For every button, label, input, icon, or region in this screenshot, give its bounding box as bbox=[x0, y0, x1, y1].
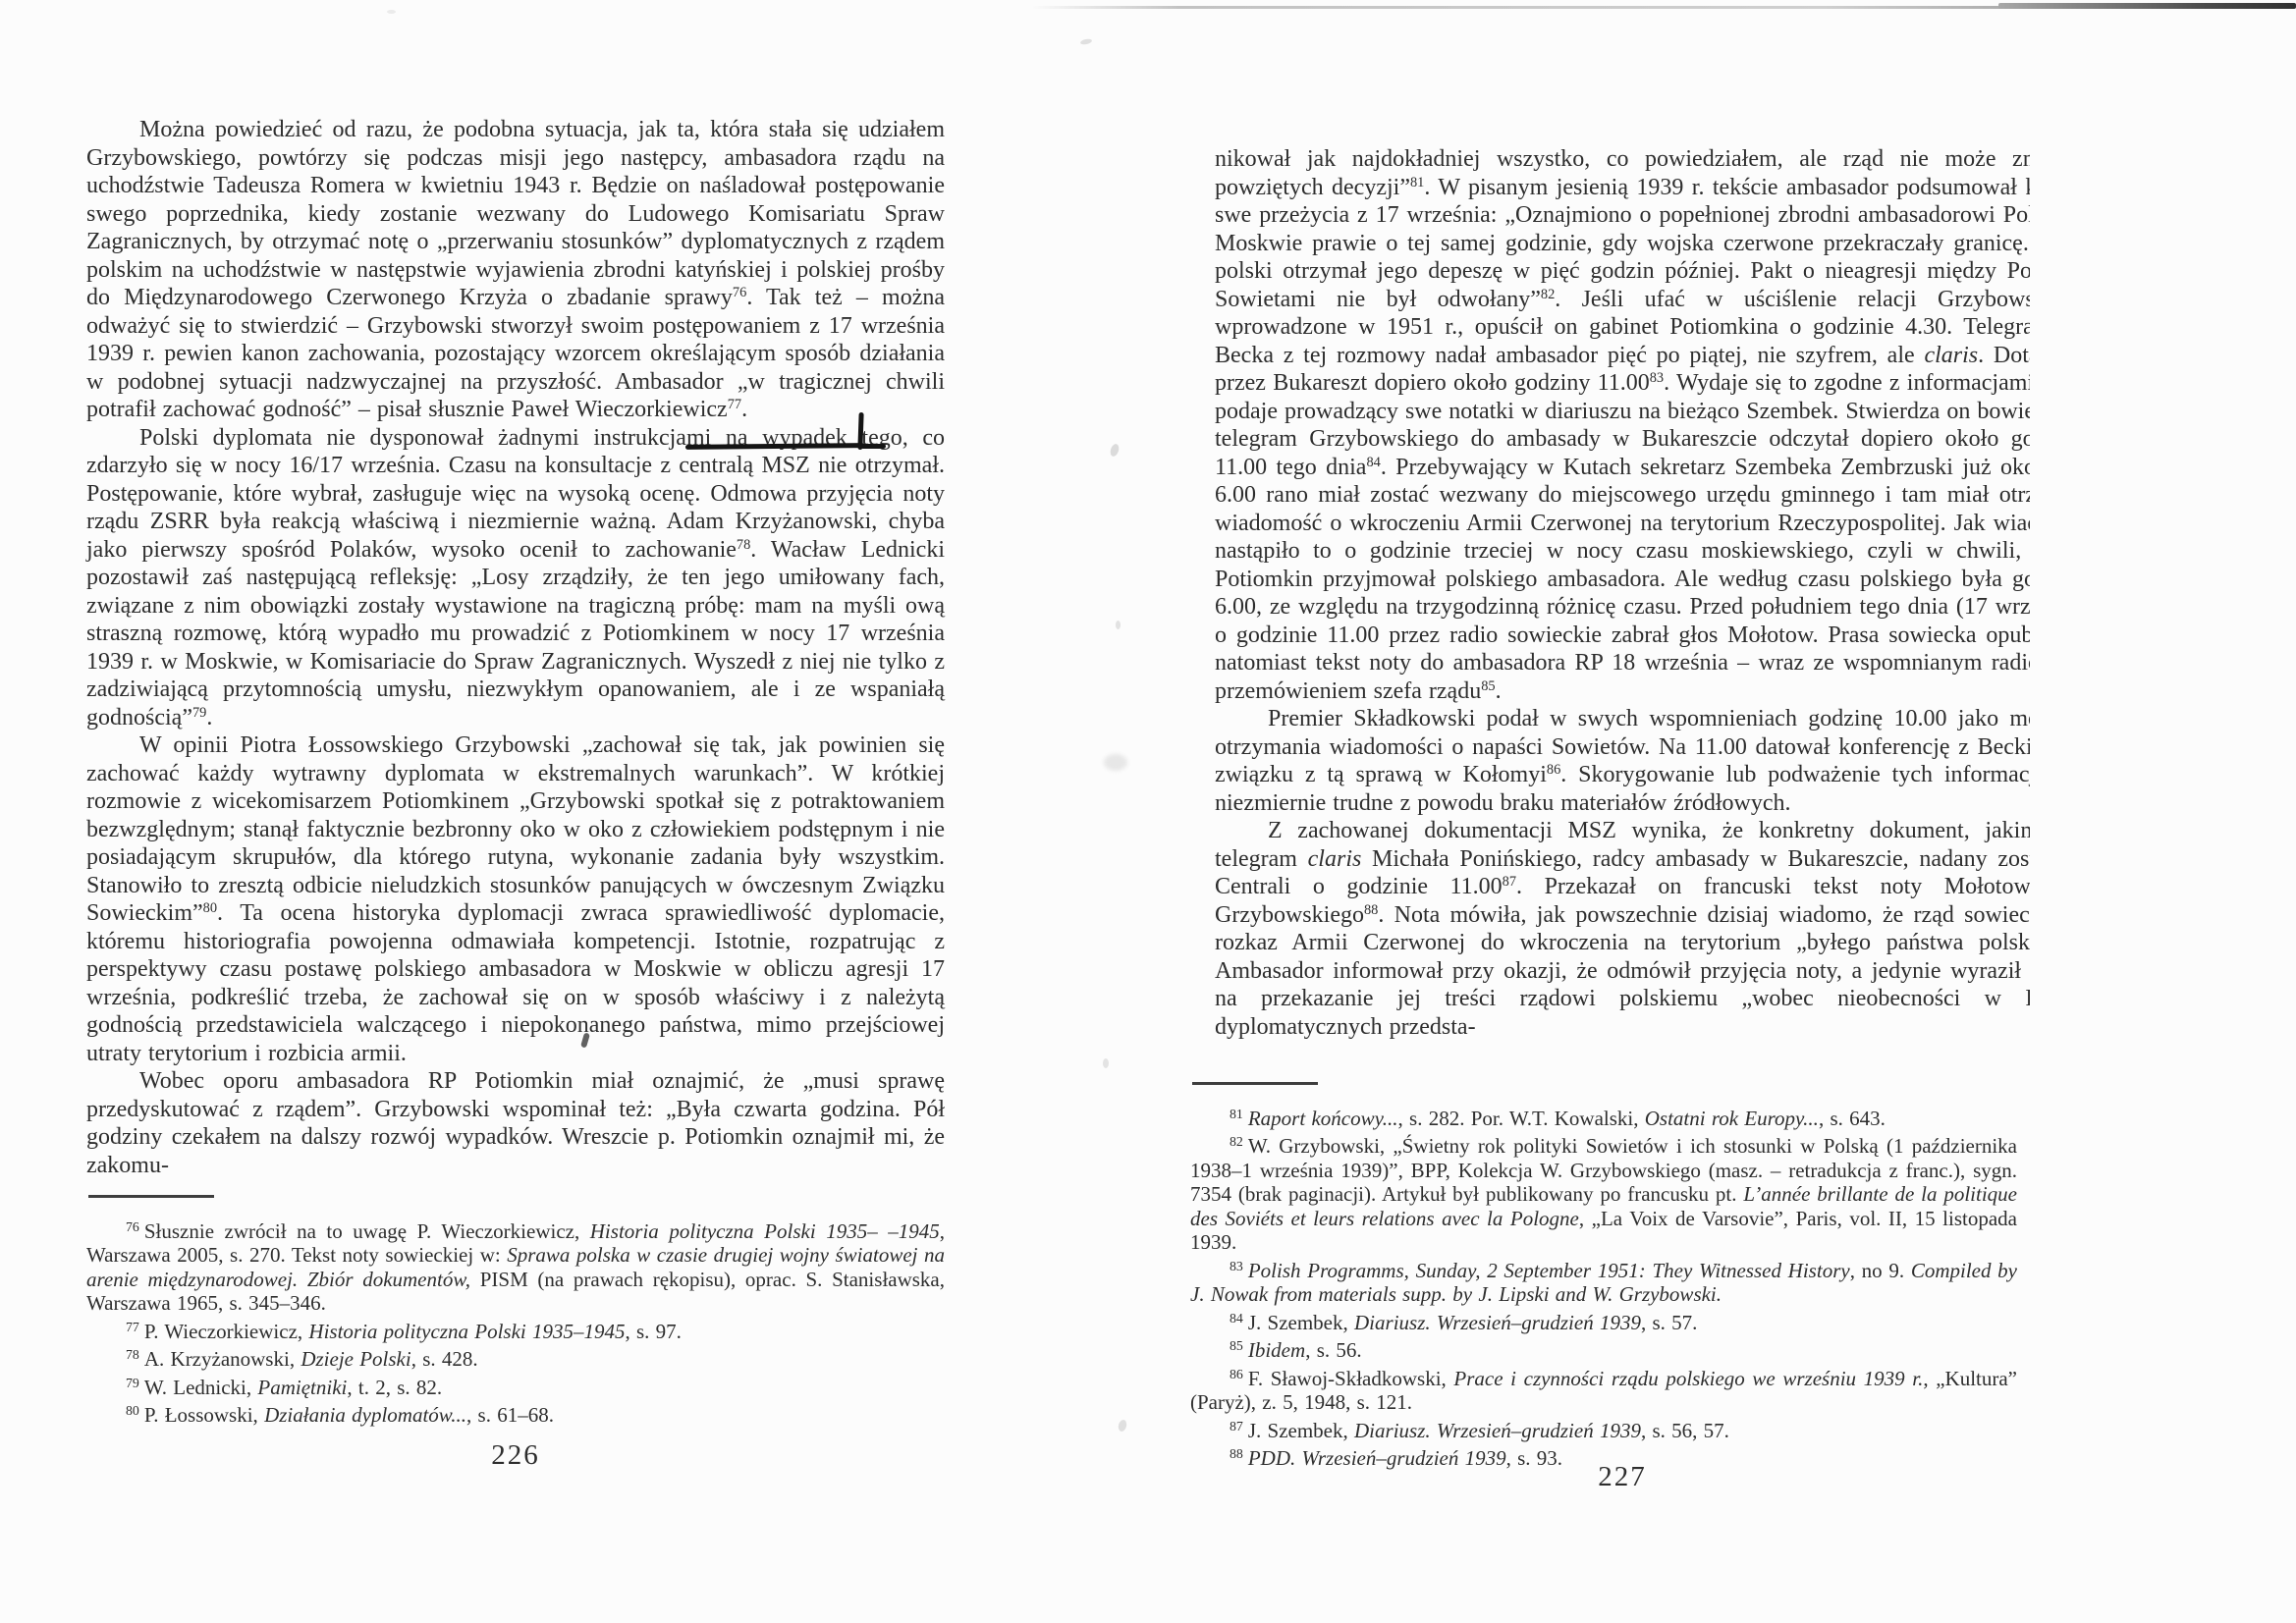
footnote-ref: 85 bbox=[1481, 678, 1495, 694]
footnote: 85Ibidem, s. 56. bbox=[1190, 1334, 2017, 1362]
footnote-ref: 77 bbox=[728, 397, 741, 412]
gutter-smudge bbox=[1118, 1419, 1128, 1433]
footnote-marker: 81 bbox=[1230, 1107, 1248, 1121]
scan-artifact-top-line-dark bbox=[1998, 3, 2296, 9]
left-footnote-rule bbox=[88, 1195, 214, 1198]
book-spread-scan: Można powiedzieć od razu, że podobna syt… bbox=[0, 0, 2296, 1623]
footnote-ref: 76 bbox=[733, 285, 746, 300]
gutter-smudge bbox=[1103, 1058, 1109, 1068]
footnote-ref: 80 bbox=[203, 900, 217, 916]
footnote: 78A. Krzyżanowski, Dzieje Polski, s. 428… bbox=[86, 1343, 945, 1371]
left-page-paragraphs: Można powiedzieć od razu, że podobna syt… bbox=[86, 116, 945, 1179]
left-page: Można powiedzieć od razu, że podobna syt… bbox=[86, 116, 945, 1428]
footnote: 86F. Sławoj-Składkowski, Prace i czynnoś… bbox=[1190, 1363, 2017, 1415]
footnote: 84J. Szembek, Diariusz. Wrzesień–grudzie… bbox=[1190, 1307, 2017, 1334]
footnote-marker: 77 bbox=[126, 1320, 144, 1334]
body-paragraph: nikował jak najdokładniej wszystko, co p… bbox=[1215, 145, 2030, 705]
footnote-marker: 86 bbox=[1230, 1367, 1248, 1381]
footnote-ref: 87 bbox=[1503, 874, 1516, 890]
body-paragraph: Wobec oporu ambasadora RP Potiomkin miał… bbox=[86, 1067, 945, 1179]
footnote-marker: 88 bbox=[1230, 1446, 1248, 1461]
footnote-marker: 87 bbox=[1230, 1419, 1248, 1434]
footnote-ref: 81 bbox=[1410, 175, 1424, 190]
gutter-smudge bbox=[1116, 621, 1121, 629]
footnote-marker: 82 bbox=[1230, 1134, 1248, 1149]
footnote-marker: 79 bbox=[126, 1376, 144, 1390]
footnote: 79W. Lednicki, Pamiętniki, t. 2, s. 82. bbox=[86, 1372, 945, 1399]
footnote-marker: 80 bbox=[126, 1403, 144, 1418]
footnote-ref: 88 bbox=[1364, 902, 1378, 918]
footnote-ref: 83 bbox=[1650, 370, 1664, 386]
scan-artifact-top-line bbox=[1031, 6, 2023, 9]
gutter-smudge bbox=[1080, 38, 1093, 45]
footnote: 87J. Szembek, Diariusz. Wrzesień–grudzie… bbox=[1190, 1415, 2017, 1442]
footnote-marker: 78 bbox=[126, 1347, 144, 1362]
footnote: 76Słusznie zwrócił na to uwagę P. Wieczo… bbox=[86, 1216, 945, 1316]
body-paragraph: Można powiedzieć od razu, że podobna syt… bbox=[86, 116, 945, 424]
footnote-marker: 84 bbox=[1230, 1311, 1248, 1325]
right-page-footnotes: 81Raport końcowy..., s. 282. Por. W.T. K… bbox=[1190, 1103, 2017, 1470]
right-footnote-rule bbox=[1192, 1082, 1318, 1085]
body-paragraph: W opinii Piotra Łossowskiego Grzybowski … bbox=[86, 731, 945, 1067]
footnote-ref: 78 bbox=[737, 537, 750, 553]
body-paragraph: Z zachowanej dokumentacji MSZ wynika, że… bbox=[1215, 817, 2030, 1041]
right-page: nikował jak najdokładniej wszystko, co p… bbox=[1215, 145, 2030, 1068]
pen-annotation-bracket-foot bbox=[860, 444, 886, 449]
left-page-number: 226 bbox=[86, 1439, 945, 1472]
footnote-marker: 76 bbox=[126, 1219, 144, 1234]
right-page-paragraphs: nikował jak najdokładniej wszystko, co p… bbox=[1215, 145, 2030, 1041]
footnote: 83Polish Programms, Sunday, 2 September … bbox=[1190, 1255, 2017, 1307]
footnote: 82W. Grzybowski, „Świetny rok polityki S… bbox=[1190, 1130, 2017, 1254]
left-page-footnotes: 76Słusznie zwrócił na to uwagę P. Wieczo… bbox=[86, 1216, 945, 1428]
footnote-ref: 82 bbox=[1541, 287, 1555, 302]
footnote: 80P. Łossowski, Działania dyplomatów...,… bbox=[86, 1399, 945, 1427]
footnote: 77P. Wieczorkiewicz, Historia polityczna… bbox=[86, 1316, 945, 1343]
right-page-footnote-block: 81Raport końcowy..., s. 282. Por. W.T. K… bbox=[1190, 1066, 2017, 1470]
footnote-ref: 86 bbox=[1547, 762, 1560, 778]
gutter-smudge bbox=[387, 10, 396, 14]
gutter-smudge bbox=[1109, 443, 1121, 458]
right-page-number: 227 bbox=[1215, 1461, 2030, 1493]
footnote-marker: 83 bbox=[1230, 1259, 1248, 1273]
body-paragraph: Polski dyplomata nie dysponował żadnymi … bbox=[86, 424, 945, 732]
body-paragraph: Premier Składkowski podał w swych wspomn… bbox=[1215, 705, 2030, 817]
footnote: 81Raport końcowy..., s. 282. Por. W.T. K… bbox=[1190, 1103, 2017, 1130]
footnote-marker: 85 bbox=[1230, 1338, 1248, 1353]
footnote-ref: 79 bbox=[192, 705, 206, 721]
footnote-ref: 84 bbox=[1366, 455, 1380, 470]
gutter-smudge bbox=[1104, 754, 1127, 771]
